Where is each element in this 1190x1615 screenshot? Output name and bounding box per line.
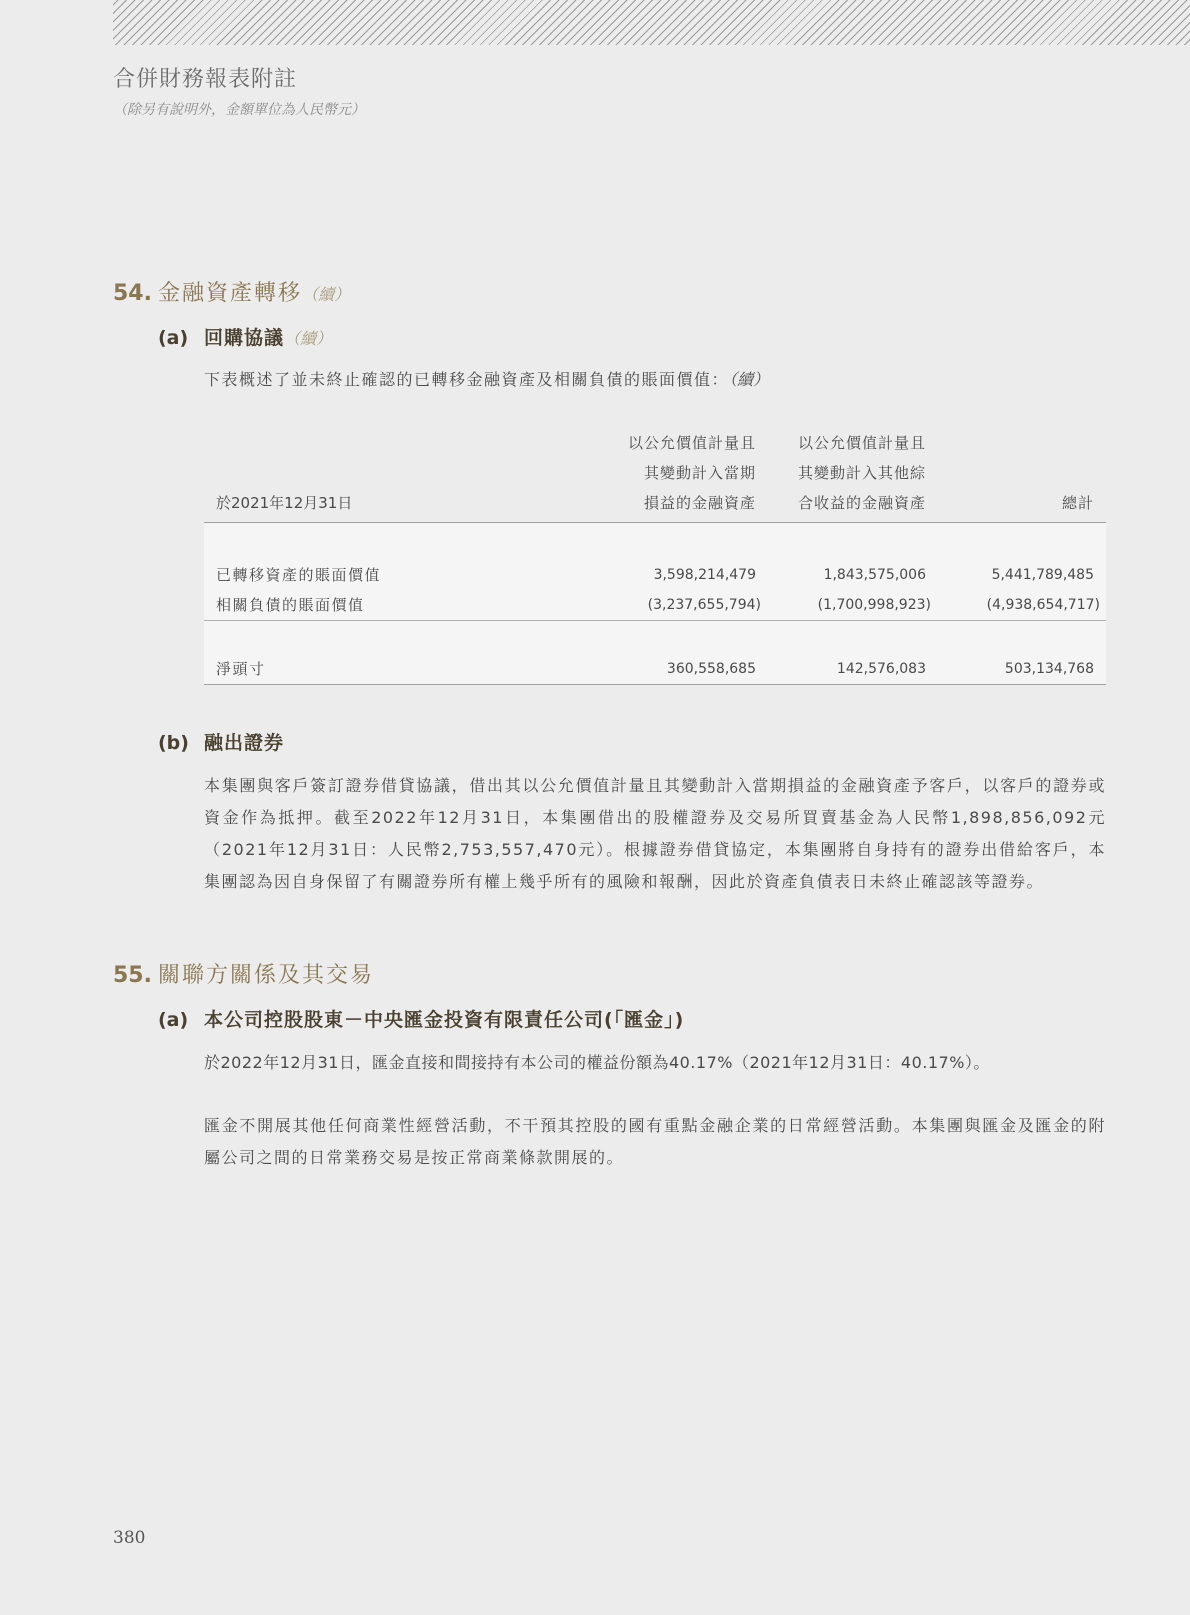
table-header: 以公允價值計量且 其變動計入當期 損益的金融資產 以公允價值計量且 其變動計入其…	[204, 428, 1106, 523]
table-date-label: 於2021年12月31日	[216, 492, 352, 513]
cell-total: 5,441,789,485	[914, 560, 1094, 590]
cell-total: 503,134,768	[914, 654, 1094, 684]
section-number: 55.	[113, 963, 152, 988]
header-line: 以公允價值計量且	[726, 428, 926, 458]
column-header-total: 總計	[994, 492, 1094, 513]
subsection-title: 融出證券	[204, 732, 284, 754]
table-row-net: 淨頭寸 360,558,685 142,576,083 503,134,768	[204, 654, 1106, 685]
huijin-business-paragraph: 匯金不開展其他任何商業性經營活動，不干預其控股的國有重點金融企業的日常經營活動。…	[204, 1110, 1106, 1174]
column-header-fvoci: 以公允價值計量且 其變動計入其他綜 合收益的金融資產	[726, 428, 926, 518]
document-title: 合併財務報表附註	[113, 62, 297, 93]
subsection-55a-heading: (a)本公司控股股東－中央匯金投資有限責任公司(「匯金」)	[158, 1005, 684, 1032]
row-label: 已轉移資產的賬面價值	[216, 560, 381, 590]
subsection-title: 本公司控股股東－中央匯金投資有限責任公司(「匯金」)	[204, 1009, 684, 1031]
table-row: 已轉移資產的賬面價值 3,598,214,479 1,843,575,006 5…	[204, 560, 1106, 590]
section-54-heading: 54.金融資產轉移（續）	[113, 276, 350, 307]
table-body: 已轉移資產的賬面價值 3,598,214,479 1,843,575,006 5…	[204, 523, 1106, 685]
row-label: 相關負債的賬面價值	[216, 590, 365, 620]
subsection-label: (a)	[158, 1009, 204, 1031]
securities-lending-paragraph: 本集團與客戶簽訂證券借貸協議，借出其以公允價值計量且其變動計入當期損益的金融資產…	[204, 770, 1106, 898]
huijin-shareholding-paragraph: 於2022年12月31日，匯金直接和間接持有本公司的權益份額為40.17%（20…	[204, 1047, 1106, 1079]
subsection-label: (a)	[158, 327, 204, 349]
cell-fvoci: (1,700,998,923)	[751, 590, 931, 620]
continued-label: （續）	[729, 370, 769, 389]
table-row: 相關負債的賬面價值 (3,237,655,794) (1,700,998,923…	[204, 590, 1106, 621]
cell-fvoci: 1,843,575,006	[746, 560, 926, 590]
page-number: 380	[113, 1528, 145, 1548]
section-title: 金融資產轉移	[158, 281, 302, 306]
header-line: 合收益的金融資產	[726, 488, 926, 518]
cell-fvoci: 142,576,083	[746, 654, 926, 684]
document-subtitle: （除另有說明外，金額單位為人民幣元）	[113, 99, 365, 119]
subsection-label: (b)	[158, 732, 204, 754]
row-label: 淨頭寸	[216, 654, 266, 684]
section-number: 54.	[113, 281, 152, 306]
subsection-54a-heading: (a)回購協議（續）	[158, 323, 332, 350]
continued-label: （續）	[284, 329, 332, 348]
cell-fvtpl: 360,558,685	[576, 654, 756, 684]
decorative-hatch-band	[113, 0, 1190, 45]
cell-fvtpl: 3,598,214,479	[576, 560, 756, 590]
header-line: 其變動計入其他綜	[726, 458, 926, 488]
cell-fvtpl: (3,237,655,794)	[581, 590, 761, 620]
table-intro: 下表概述了並未終止確認的已轉移金融資產及相關負債的賬面價值：（續）	[204, 364, 1106, 396]
section-55-heading: 55.關聯方關係及其交易	[113, 958, 374, 989]
subsection-title: 回購協議	[204, 327, 284, 349]
subsection-54b-heading: (b)融出證券	[158, 728, 284, 755]
section-title: 關聯方關係及其交易	[158, 963, 374, 988]
continued-label: （續）	[302, 285, 350, 304]
cell-total: (4,938,654,717)	[920, 590, 1100, 620]
intro-text: 下表概述了並未終止確認的已轉移金融資產及相關負債的賬面價值：	[204, 370, 729, 389]
